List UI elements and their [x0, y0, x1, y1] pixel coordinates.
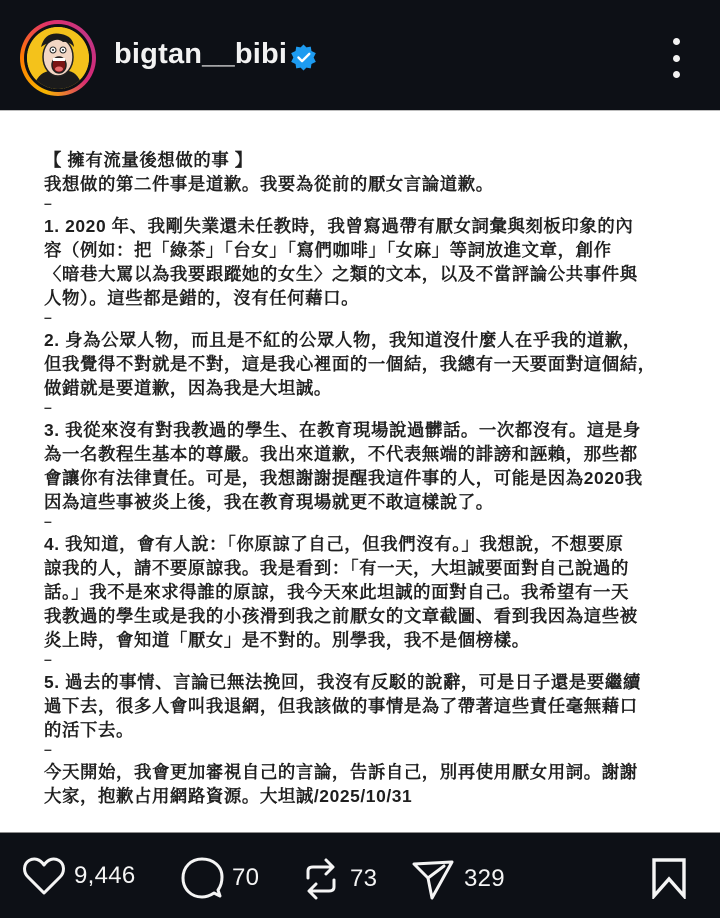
ellipsis-dot	[673, 55, 680, 62]
section-line: 4. 我知道，會有人說：「你原諒了自己，但我們沒有。」我想說，不想要原	[44, 532, 684, 556]
section-line: 做錯就是要道歉，因為我是大坦誠。	[44, 376, 684, 400]
cartoon-face-avatar-icon	[27, 27, 89, 89]
post-title: 【 擁有流量後想做的事 】	[44, 148, 684, 172]
post-header: bigtan__bibi	[0, 0, 720, 110]
post-intro: 我想做的第二件事是道歉。我要為從前的厭女言論道歉。	[44, 172, 684, 196]
comment-bubble-icon	[180, 856, 224, 900]
share-button[interactable]: 329	[410, 856, 505, 902]
avatar[interactable]	[27, 27, 89, 89]
closing-line: 今天開始，我會更加審視自己的言論，告訴自己，別再使用厭女用詞。謝謝	[44, 760, 684, 784]
section-line: 會讓你有法律責任。可是，我想謝謝提醒我這件事的人，可能是因為2020我	[44, 466, 684, 490]
share-count: 329	[464, 865, 505, 893]
avatar-story-ring[interactable]	[20, 20, 96, 96]
save-button[interactable]	[650, 857, 688, 899]
section-4: 4. 我知道，會有人說：「你原諒了自己，但我們沒有。」我想說，不想要原 諒我的人…	[44, 532, 684, 652]
like-count: 9,446	[74, 862, 136, 890]
like-button[interactable]: 9,446	[22, 856, 136, 896]
repost-button[interactable]: 73	[300, 856, 377, 902]
separator: –	[44, 196, 684, 214]
separator: –	[44, 514, 684, 532]
section-line: 因為這些事被炎上後，我在教育現場就更不敢這樣說了。	[44, 490, 684, 514]
heart-icon	[22, 856, 66, 896]
section-2: 2. 身為公眾人物，而且是不紅的公眾人物，我知道沒什麼人在乎我的道歉， 但我覺得…	[44, 328, 684, 400]
section-line: 2. 身為公眾人物，而且是不紅的公眾人物，我知道沒什麼人在乎我的道歉，	[44, 328, 684, 352]
section-line: 過下去，很多人會叫我退網，但我該做的事情是為了帶著這些責任毫無藉口	[44, 694, 684, 718]
section-line: 〈暗巷大罵以為我要跟蹤她的女生〉之類的文本，以及不當評論公共事件與	[44, 262, 684, 286]
section-line: 諒我的人，請不要原諒我。我是看到：「有一天，大坦誠要面對自己說過的	[44, 556, 684, 580]
section-line: 1. 2020 年、我剛失業還未任教時，我曾寫過帶有厭女詞彙與刻板印象的內	[44, 214, 684, 238]
section-1: 1. 2020 年、我剛失業還未任教時，我曾寫過帶有厭女詞彙與刻板印象的內 容（…	[44, 214, 684, 310]
section-line: 人物）。這些都是錯的，沒有任何藉口。	[44, 286, 684, 310]
separator: –	[44, 310, 684, 328]
separator: –	[44, 652, 684, 670]
repost-count: 73	[350, 865, 377, 893]
repost-icon	[300, 856, 342, 902]
username[interactable]: bigtan__bibi	[114, 38, 287, 71]
ellipsis-dot	[673, 71, 680, 78]
section-line: 但我覺得不對就是不對，這是我心裡面的一個結，我總有一天要面對這個結，	[44, 352, 684, 376]
send-icon	[410, 856, 456, 902]
action-bar: 9,446 70 73 329	[0, 832, 720, 918]
section-line: 話。」我不是來求得誰的原諒，我今天來此坦誠的面對自己。我希望有一天	[44, 580, 684, 604]
post-text: 【 擁有流量後想做的事 】 我想做的第二件事是道歉。我要為從前的厭女言論道歉。 …	[44, 148, 684, 808]
section-5: 5. 過去的事情、言論已無法挽回，我沒有反駁的說辭，可是日子還是要繼續 過下去，…	[44, 670, 684, 742]
closing-line: 大家，抱歉占用網路資源。大坦誠/2025/10/31	[44, 784, 684, 808]
closing: 今天開始，我會更加審視自己的言論，告訴自己，別再使用厭女用詞。謝謝 大家，抱歉占…	[44, 760, 684, 808]
verified-badge-icon	[289, 43, 318, 72]
section-line: 我教過的學生或是我的小孩滑到我之前厭女的文章截圖、看到我因為這些被	[44, 604, 684, 628]
section-line: 炎上時，會知道「厭女」是不對的。別學我，我不是個榜樣。	[44, 628, 684, 652]
section-line: 為一名教程生基本的尊嚴。我出來道歉，不代表無端的誹謗和誣賴，那些都	[44, 442, 684, 466]
section-line: 容（例如：把「綠茶」「台女」「寫們咖啡」「女麻」等詞放進文章，創作	[44, 238, 684, 262]
section-3: 3. 我從來沒有對我教過的學生、在教育現場說過髒話。一次都沒有。這是身 為一名教…	[44, 418, 684, 514]
avatar-ring-gap	[24, 24, 92, 92]
comment-count: 70	[232, 864, 259, 892]
more-options-button[interactable]	[666, 38, 686, 78]
section-line: 5. 過去的事情、言論已無法挽回，我沒有反駁的說辭，可是日子還是要繼續	[44, 670, 684, 694]
separator: –	[44, 742, 684, 760]
section-line: 的活下去。	[44, 718, 684, 742]
vertical-ellipsis-icon	[673, 38, 680, 45]
bookmark-icon	[650, 857, 688, 899]
section-line: 3. 我從來沒有對我教過的學生、在教育現場說過髒話。一次都沒有。這是身	[44, 418, 684, 442]
separator: –	[44, 400, 684, 418]
post-image: 【 擁有流量後想做的事 】 我想做的第二件事是道歉。我要為從前的厭女言論道歉。 …	[0, 110, 720, 832]
comment-button[interactable]: 70	[180, 856, 259, 900]
